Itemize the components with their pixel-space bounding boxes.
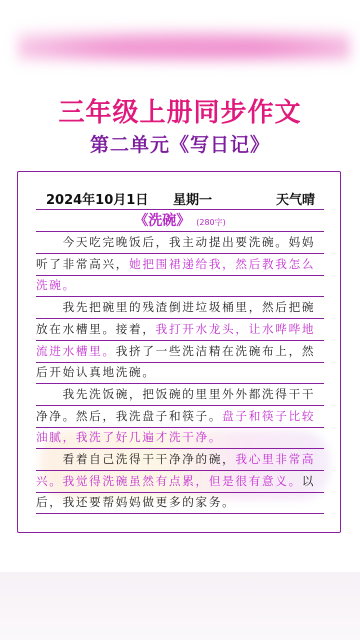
highlighted-text: 盘子和筷子比较 <box>222 409 315 423</box>
pink-blur-band <box>18 26 350 62</box>
diary-line: 后开始认真地洗碗。 <box>36 362 324 384</box>
top-blurred-banner <box>0 0 360 66</box>
page-title: 三年级上册同步作文 <box>0 92 360 129</box>
diary-line: 净净。然后，我洗盘子和筷子。盘子和筷子比较 <box>36 406 324 428</box>
word-count: (280字) <box>196 218 226 227</box>
body-text: 我先洗饭碗，把饭碗的里里外外都洗得干干 <box>36 387 315 401</box>
highlighted-text: 油腻，我洗了好几遍才洗干净。 <box>36 430 222 444</box>
diary-line: 流进水槽里。我挤了一些洗洁精在洗碗布上，然 <box>36 341 324 363</box>
body-text: 听了非常高兴， <box>36 257 129 271</box>
page-subtitle: 第二单元《写日记》 <box>0 130 360 157</box>
diary-line: 看着自己洗得干干净净的碗，我心里非常高 <box>36 449 324 471</box>
diary-weekday: 星期一 <box>173 189 212 208</box>
body-text: 净净。然后，我洗盘子和筷子。 <box>36 409 222 423</box>
diary-line: 油腻，我洗了好几遍才洗干净。 <box>36 427 324 449</box>
highlighted-text: 流进水槽里。 <box>36 344 116 358</box>
diary-line: 今天吃完晚饭后，我主动提出要洗碗。妈妈 <box>36 232 324 254</box>
diary-line: 后，我还要帮妈妈做更多的家务。 <box>36 492 324 514</box>
body-text: 看着自己洗得干干净净的碗， <box>36 452 235 466</box>
diary-line: 洗碗。 <box>36 275 324 297</box>
body-text: 我先把碗里的残渣倒进垃圾桶里，然后把碗 <box>36 300 315 314</box>
highlighted-text: 兴。我觉得洗碗虽然有点累，但是很有意义。 <box>36 474 302 488</box>
diary-line: 兴。我觉得洗碗虽然有点累，但是很有意义。以 <box>36 471 324 493</box>
highlighted-text: 洗碗。 <box>36 278 76 292</box>
body-text: 今天吃完晚饭后，我主动提出要洗碗。妈妈 <box>36 235 315 249</box>
essay-title: 《洗碗》 <box>134 213 190 229</box>
highlighted-text: 我打开水龙头，让水哗哗地 <box>156 322 316 336</box>
body-text: 后开始认真地洗碗。 <box>36 365 156 379</box>
bottom-band <box>0 572 360 640</box>
body-text: 后，我还要帮妈妈做更多的家务。 <box>36 495 235 509</box>
body-text: 放在水槽里。接着， <box>36 322 156 336</box>
body-text: 以 <box>302 474 315 488</box>
highlighted-text: 她把围裙递给我，然后教我怎么 <box>129 257 315 271</box>
diary-date: 2024年10月1日 <box>46 189 148 208</box>
diary-header-row: 2024年10月1日 星期一 天气晴 <box>36 186 324 210</box>
diary-line: 我先洗饭碗，把饭碗的里里外外都洗得干干 <box>36 384 324 406</box>
diary-line: 放在水槽里。接着，我打开水龙头，让水哗哗地 <box>36 319 324 341</box>
diary-line: 听了非常高兴，她把围裙递给我，然后教我怎么 <box>36 254 324 276</box>
highlighted-text: 我心里非常高 <box>235 452 315 466</box>
essay-title-row: 《洗碗》(280字) <box>36 210 324 232</box>
body-text: 我挤了一些洗洁精在洗碗布上，然 <box>116 344 315 358</box>
diary-line: 我先把碗里的残渣倒进垃圾桶里，然后把碗 <box>36 297 324 319</box>
diary-weather: 天气晴 <box>276 189 315 208</box>
